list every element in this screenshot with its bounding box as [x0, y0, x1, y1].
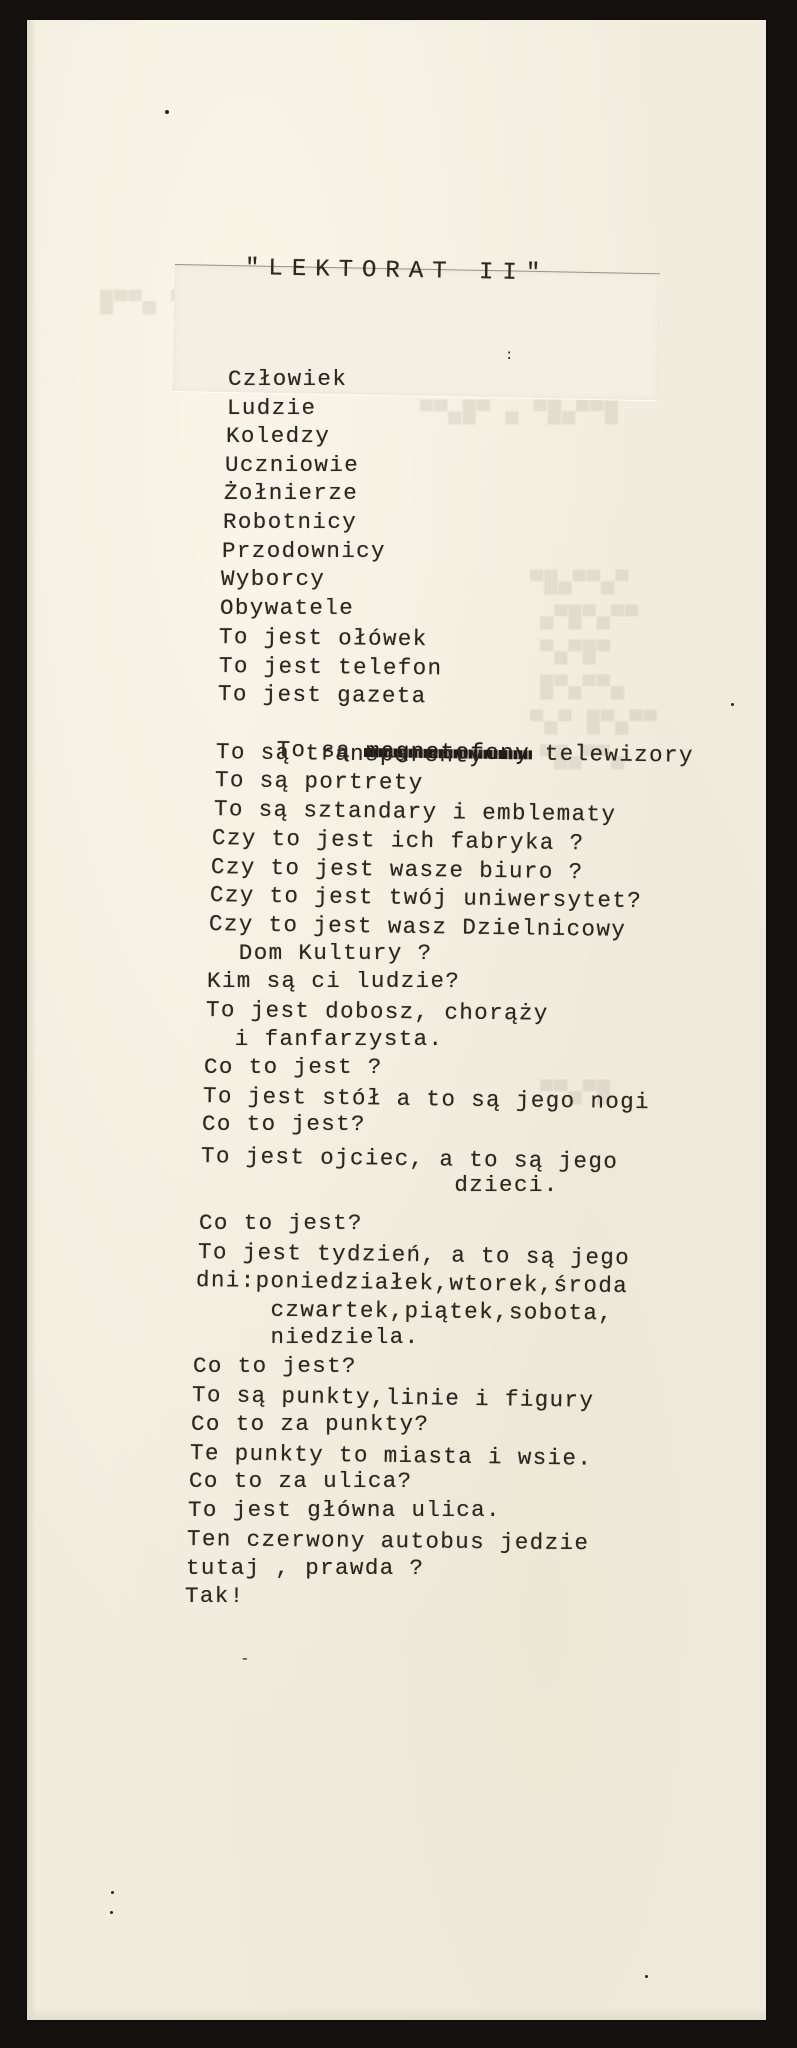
typed-line: Dom Kultury ? [209, 940, 433, 966]
typed-line: Co to jest? [193, 1353, 357, 1379]
document-title: "LEKTORAT II" [245, 255, 550, 287]
ink-speck [165, 110, 169, 114]
typed-line: To są transparenty [216, 739, 485, 769]
typed-line: Żołnierze [224, 480, 358, 506]
line-suffix: telewizory [530, 740, 694, 768]
ink-speck [731, 703, 734, 706]
typed-line: Czy to jest wasze biuro ? [211, 854, 584, 885]
bleed-through-text: ▀▀▄█▀ ▄ ▀█▄▀▀█ [420, 400, 619, 425]
typed-line: Robotnicy [223, 509, 357, 535]
typed-line: Tak! [185, 1583, 245, 1609]
typed-line: Przodownicy [222, 538, 386, 564]
typed-line: Co to jest? [199, 1210, 363, 1236]
ink-dot: : [505, 348, 513, 364]
typed-line: i fanfarzysta. [205, 1026, 443, 1052]
typed-line: To jest dobosz, chorąży [206, 997, 549, 1027]
bleed-through-text: ▀▄▀█▀ [540, 640, 611, 665]
typed-line: Co to jest? [202, 1111, 366, 1137]
typed-line: Co to za punkty? [191, 1411, 429, 1437]
ink-speck [111, 1891, 114, 1894]
typed-line: Czy to jest ich fabryka ? [212, 825, 585, 856]
typed-line: Co to za ulica? [189, 1468, 413, 1494]
typed-line: niedziela. [196, 1324, 420, 1350]
typed-line: dzieci. [201, 1172, 559, 1198]
typed-line: To jest główna ulica. [188, 1497, 501, 1523]
ink-speck [110, 1911, 113, 1914]
typed-line: To jest ołówek [219, 624, 428, 652]
ink-speck [645, 1975, 648, 1978]
paper-edge-shadow-bottom [27, 2008, 766, 2020]
typed-line: Uczniowie [225, 452, 359, 478]
typed-line: Koledzy [226, 423, 330, 449]
paper-edge-shadow [27, 20, 36, 2020]
bleed-through-text: █▀▄▀▀▄ [540, 675, 625, 700]
typed-line: czwartek,piątek,sobota, [196, 1296, 614, 1326]
typed-line: Wyborcy [221, 566, 325, 592]
typed-line: To jest telefon [219, 653, 443, 681]
dash-mark: - [240, 1650, 250, 1668]
typed-line: Co to jest ? [204, 1054, 383, 1080]
typed-line: To jest gazeta [218, 681, 427, 709]
typed-line: Kim są ci ludzie? [207, 968, 460, 994]
typed-line: Człowiek [228, 366, 347, 392]
typed-line: Ludzie [227, 395, 316, 421]
typed-line: tutaj , prawda ? [186, 1555, 424, 1581]
typed-line: To są portrety [215, 767, 424, 796]
bleed-through-text: ▀█▄▀▀▄▀ [530, 570, 629, 595]
bleed-through-text: ▄▀█▀▄▀▀ [540, 605, 639, 630]
typed-line: Ten czerwony autobus jedzie [187, 1526, 590, 1556]
typed-line: Obywatele [220, 595, 354, 621]
